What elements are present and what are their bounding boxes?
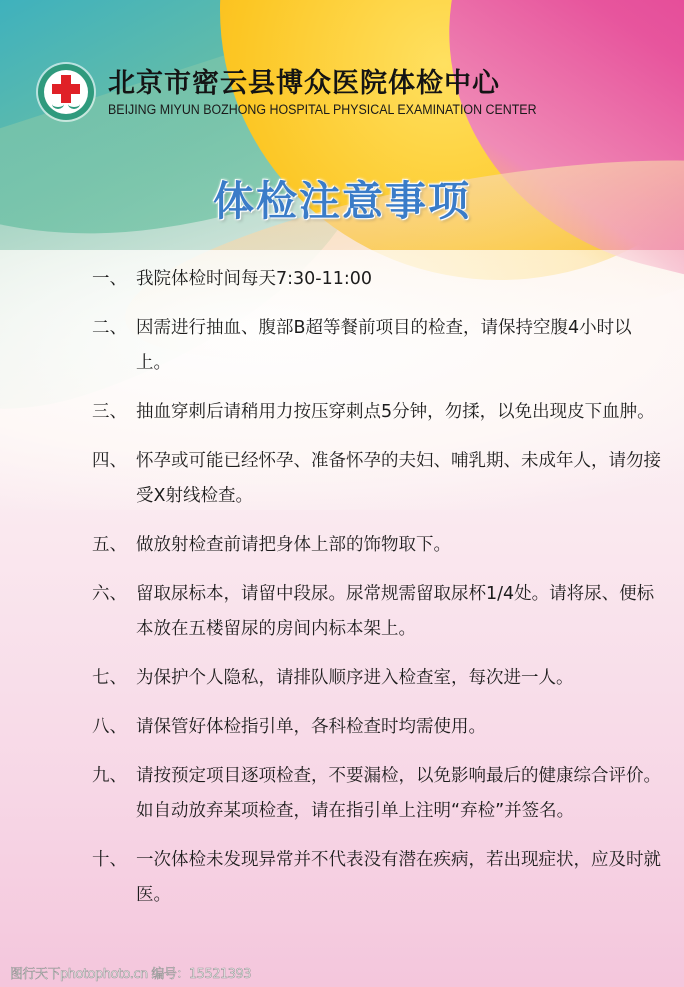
notice-number: 七、: [92, 661, 136, 696]
notice-text: 请保管好体检指引单，各科检查时均需使用。: [136, 710, 662, 745]
notice-number: 五、: [92, 528, 136, 563]
notice-list: 一、我院体检时间每天7:30-11:00 二、因需进行抽血、腹部B超等餐前项目的…: [92, 262, 662, 927]
notice-item: 三、抽血穿刺后请稍用力按压穿刺点5分钟，勿揉，以免出现皮下血肿。: [92, 395, 662, 430]
notice-item: 九、请按预定项目逐项检查，不要漏检，以免影响最后的健康综合评价。如自动放弃某项检…: [92, 759, 662, 829]
hospital-name-chinese: 北京市密云县博众医院体检中心: [108, 68, 574, 100]
notice-number: 一、: [92, 262, 136, 297]
notice-text: 留取尿标本，请留中段尿。尿常规需留取尿杯1/4处。请将尿、便标本放在五楼留尿的房…: [136, 577, 662, 647]
notice-text: 怀孕或可能已经怀孕、准备怀孕的夫妇、哺乳期、未成年人，请勿接受X射线检查。: [136, 444, 662, 514]
notice-item: 八、请保管好体检指引单，各科检查时均需使用。: [92, 710, 662, 745]
notice-text: 一次体检未发现异常并不代表没有潜在疾病，若出现症状，应及时就医。: [136, 843, 662, 913]
notice-number: 四、: [92, 444, 136, 514]
notice-item: 十、一次体检未发现异常并不代表没有潜在疾病，若出现症状，应及时就医。: [92, 843, 662, 913]
notice-item: 二、因需进行抽血、腹部B超等餐前项目的检查，请保持空腹4小时以上。: [92, 311, 662, 381]
notice-text: 抽血穿刺后请稍用力按压穿刺点5分钟，勿揉，以免出现皮下血肿。: [136, 395, 662, 430]
notice-item: 六、留取尿标本，请留中段尿。尿常规需留取尿杯1/4处。请将尿、便标本放在五楼留尿…: [92, 577, 662, 647]
hospital-name-english: BEIJING MIYUN BOZHONG HOSPITAL PHYSICAL …: [108, 102, 537, 117]
red-cross-emblem-icon: [38, 64, 94, 120]
page-title: 体检注意事项: [0, 168, 684, 227]
notice-text: 我院体检时间每天7:30-11:00: [136, 262, 662, 297]
notice-number: 二、: [92, 311, 136, 381]
notice-text: 为保护个人隐私，请排队顺序进入检查室，每次进一人。: [136, 661, 662, 696]
notice-number: 十、: [92, 843, 136, 913]
notice-text: 请按预定项目逐项检查，不要漏检，以免影响最后的健康综合评价。如自动放弃某项检查，…: [136, 759, 662, 829]
notice-number: 三、: [92, 395, 136, 430]
notice-item: 四、怀孕或可能已经怀孕、准备怀孕的夫妇、哺乳期、未成年人，请勿接受X射线检查。: [92, 444, 662, 514]
notice-item: 七、为保护个人隐私，请排队顺序进入检查室，每次进一人。: [92, 661, 662, 696]
notice-number: 六、: [92, 577, 136, 647]
notice-number: 九、: [92, 759, 136, 829]
notice-item: 五、做放射检查前请把身体上部的饰物取下。: [92, 528, 662, 563]
watermark: 图行天下photophoto.cn 编号：15521393: [10, 963, 251, 982]
notice-item: 一、我院体检时间每天7:30-11:00: [92, 262, 662, 297]
notice-text: 因需进行抽血、腹部B超等餐前项目的检查，请保持空腹4小时以上。: [136, 311, 662, 381]
notice-number: 八、: [92, 710, 136, 745]
notice-text: 做放射检查前请把身体上部的饰物取下。: [136, 528, 662, 563]
hospital-header: 北京市密云县博众医院体检中心 BEIJING MIYUN BOZHONG HOS…: [38, 64, 574, 120]
